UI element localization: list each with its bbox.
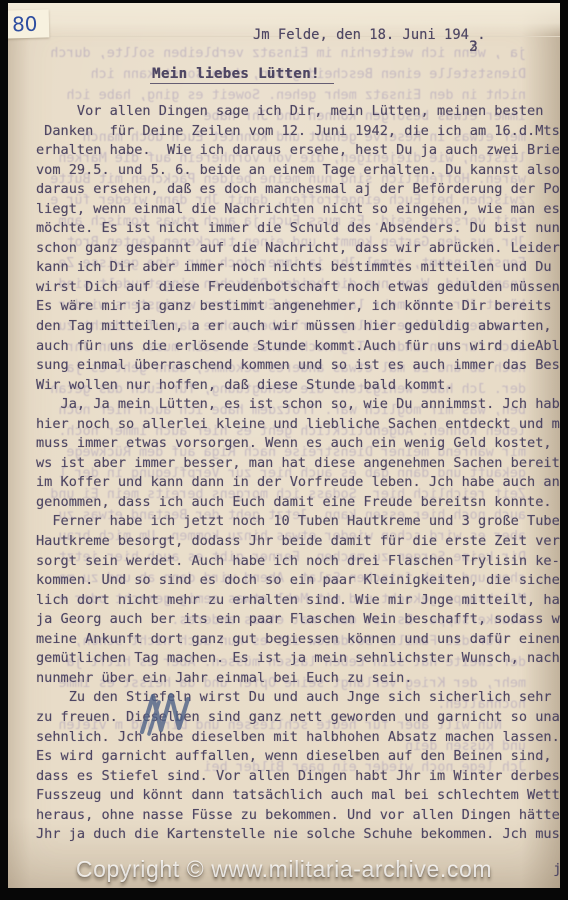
letter-line: muss immer etwas vorsorgen. Wenn es auch… bbox=[36, 434, 560, 454]
letter-line: auch für uns die erlösende Stunde kommt.… bbox=[36, 337, 560, 357]
ink-scribble bbox=[136, 689, 194, 739]
letter-line: zu freuen. Dieselben sind ganz nett gewo… bbox=[36, 708, 560, 728]
letter-line: vom 29.5. und 5. 6. beide an einem Tage … bbox=[36, 161, 560, 181]
letter-line: sehnlich. Jch ahbe dieselben mit halbhoh… bbox=[36, 728, 560, 748]
letter-line: erhalten habe. Wie ich daraus ersehe, he… bbox=[36, 141, 560, 161]
letter-line: Fusszeug und könnt dann tatsächlich auch… bbox=[36, 786, 560, 806]
letter-line: Ja, Ja mein Lütten, es ist schon so, wie… bbox=[36, 395, 560, 415]
letter-line: lich dort nicht mehr zu erhalten sind. W… bbox=[36, 591, 560, 611]
page-number-label: 80 bbox=[8, 9, 49, 38]
letter-line: den Tag mitteilen, a er auch wir müssen … bbox=[36, 317, 560, 337]
bleedthrough-line: ja , wenn ich weiterhin im Einsatz verbl… bbox=[8, 43, 526, 64]
letter-line: ja Georg auch ber its ein paar Flaschen … bbox=[36, 610, 560, 630]
salutation-text: Mein liebes Lütten! bbox=[150, 66, 334, 84]
letter-line: Jhr ja duch die Kartenstelle nie solche … bbox=[36, 825, 560, 845]
letter-line: sorgt sein werdet. Auch habe ich noch dr… bbox=[36, 552, 560, 572]
salutation: Mein liebes Lütten! bbox=[150, 66, 334, 84]
letter-line: dass es Stiefel sind. Vor allen Dingen h… bbox=[36, 767, 560, 787]
letter-line: Ferner habe ich jetzt noch 10 Tuben Haut… bbox=[36, 512, 560, 532]
letter-line: Es wird garnicht auffallen, wenn dieselb… bbox=[36, 747, 560, 767]
letter-line: genommen, dass ich auch Euch damit eine … bbox=[36, 493, 560, 513]
letter-line: heraus, ohne nasse Füsse zu bekommen. Un… bbox=[36, 806, 560, 826]
letter-line: wirst Dich auf diese Freudenbotschaft no… bbox=[36, 278, 560, 298]
letter-line: Danken für Deine Zeilen vom 12. Juni 194… bbox=[36, 122, 560, 142]
letter-line: kommen. Und so sind es doch so ein paar … bbox=[36, 571, 560, 591]
letter-line: daraus ersehen, daß es doch manchesmal a… bbox=[36, 180, 560, 200]
date-period: . bbox=[477, 27, 485, 43]
letter-line: Es wäre mir ja ganz bestimmt angenehmer,… bbox=[36, 297, 560, 317]
page-number: 80 bbox=[12, 14, 38, 35]
letter-line: kann ich Dir aber immer noch nichts best… bbox=[36, 258, 560, 278]
letter-line: möchte. Es ist nicht immer die Schuld de… bbox=[36, 219, 560, 239]
letter-line: Wir wollen nur hoffen, daß diese Stunde … bbox=[36, 376, 560, 396]
letter-line: im Koffer und kann dann in der Vorfreude… bbox=[36, 473, 560, 493]
letter-page: 80 ja , wenn ich weiterhin im Einsatz ve… bbox=[8, 3, 560, 888]
letter-line: Zu den Stiefeln wirst Du und auch Jnge s… bbox=[36, 688, 560, 708]
letter-body: Vor allen Dingen sage ich Dir, mein Lütt… bbox=[36, 102, 560, 845]
letter-line: Vor allen Dingen sage ich Dir, mein Lütt… bbox=[36, 102, 560, 122]
letter-line: gemütlichen Tag machen. Es ist ja mein s… bbox=[36, 649, 560, 669]
letter-line: hier noch so allerlei kleine und lieblic… bbox=[36, 415, 560, 435]
photo-frame: 80 ja , wenn ich weiterhin im Einsatz ve… bbox=[0, 0, 568, 900]
letter-line: schon ganz gespannt auf die Nachricht, d… bbox=[36, 239, 560, 259]
watermark: Copyright © www.militaria-archive.com bbox=[0, 856, 568, 883]
date-text: Jm Felde, den 18. Juni 194 bbox=[253, 27, 469, 43]
letter-line: nunmehr über ein Jahr einmal bei Euch zu… bbox=[36, 669, 560, 689]
letter-line: ws ist aber immer besser, man hat diese … bbox=[36, 454, 560, 474]
date-line: Jm Felde, den 18. Juni 19423. bbox=[253, 27, 486, 43]
digit-over: 3 bbox=[469, 39, 477, 55]
letter-line: liegt, wenn einmal die Nachrichten nicht… bbox=[36, 200, 560, 220]
letter-line: Hautkreme besorgt, dodass Jhr beide dami… bbox=[36, 532, 560, 552]
letter-line: sung einmal überraschend kommen und so i… bbox=[36, 356, 560, 376]
letter-line: meine Ankunft dort ganz gut begiessen kö… bbox=[36, 630, 560, 650]
